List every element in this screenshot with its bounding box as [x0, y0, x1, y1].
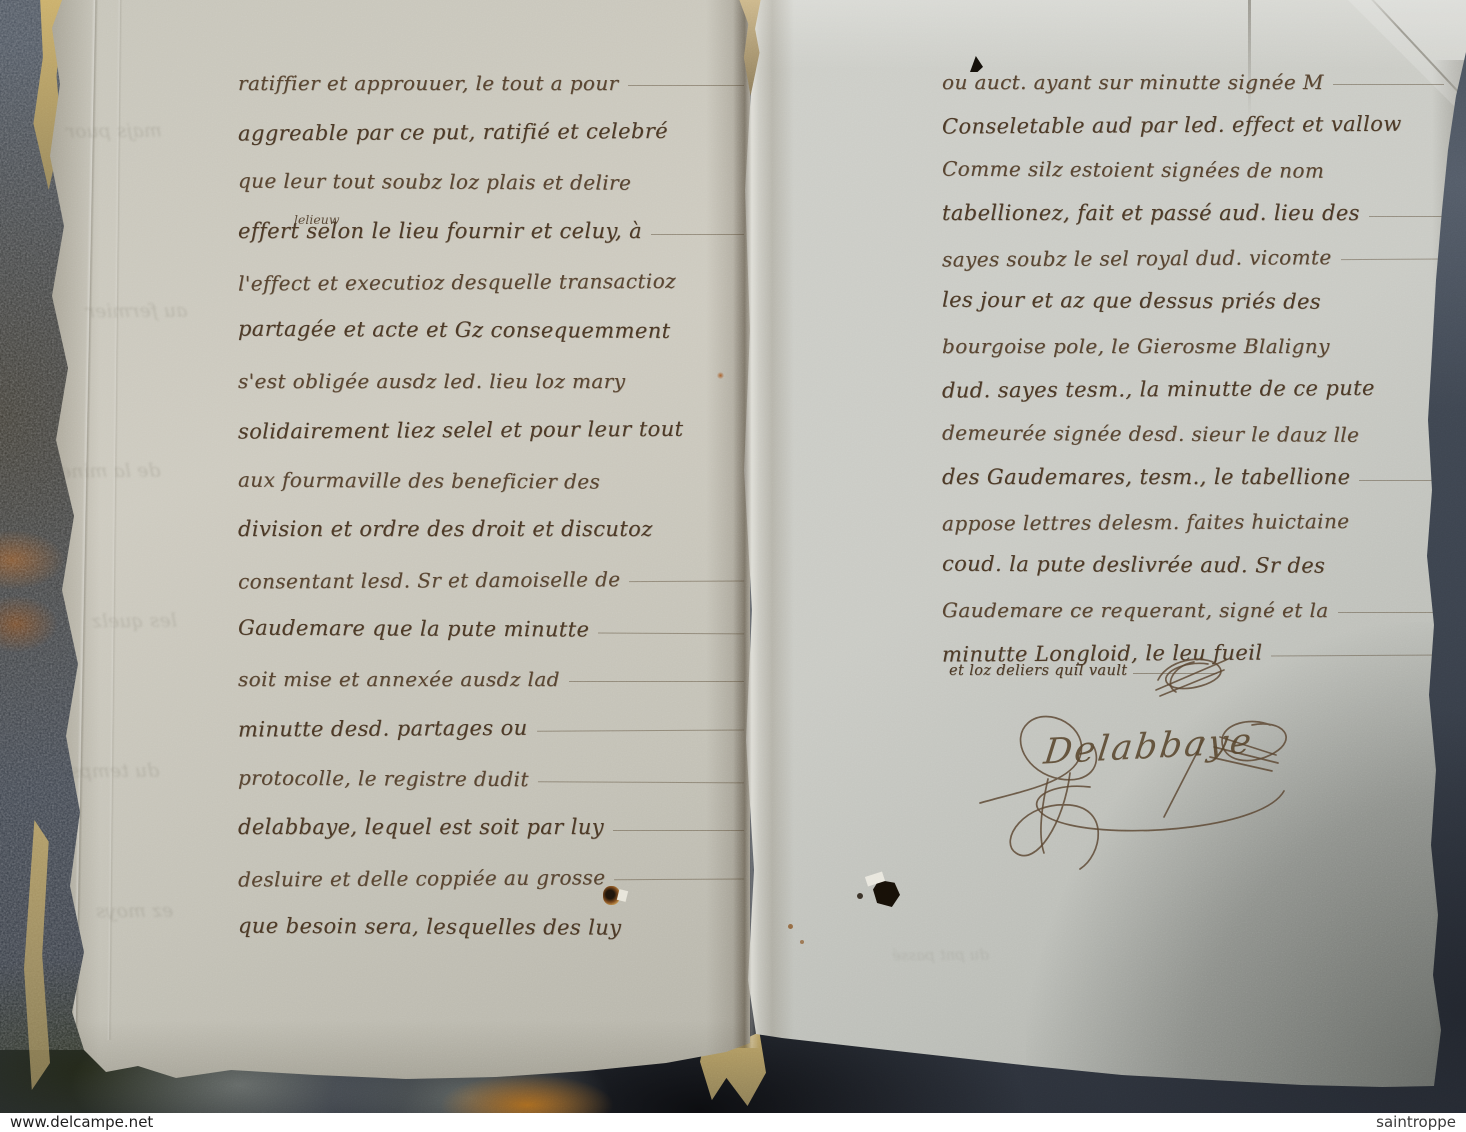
manuscript-line: Gaudemare ce requerant, signé et la [942, 588, 1448, 632]
manuscript-line-text: appose lettres delesm. faites huictaine [942, 511, 1350, 545]
manuscript-line: protocolle, le registre dudit [238, 749, 748, 801]
manuscript-line-text: dud. sayes tesm., la minutte de ce pute [942, 378, 1375, 414]
watermark-bar: www.delcampe.net saintroppe [0, 1113, 1466, 1132]
manuscript-line-text: Gaudemare ce requerant, signé et la [942, 600, 1329, 632]
manuscript-line: les jour et az que dessus priés des [942, 279, 1448, 326]
manuscript-line: bourgoise pole, le Gierosme Blaligny [942, 324, 1448, 368]
manuscript-line-text: division et ordre des droit et discutoz [238, 519, 653, 552]
manuscript-line: aux fourmaville des beneficier des [238, 451, 748, 503]
manuscript-line-text: s'est obligée ausdz led. lieu loz mary [238, 371, 625, 403]
left-page-text: ratiffier et approuuer, le tout a pour a… [238, 55, 748, 949]
manuscript-line-text: partagée et acte et Gz consequemment [238, 319, 671, 354]
manuscript-line: partagée et acte et Gz consequemment [238, 302, 748, 354]
manuscript-line-text: minutte desd. partages ou [238, 717, 528, 752]
manuscript-line-text: protocolle, le registre dudit [238, 767, 529, 801]
manuscript-line-text: bourgoise pole, le Gierosme Blaligny [942, 336, 1330, 368]
manuscript-line: demeurée signée desd. sieur le dauz lle [942, 411, 1448, 458]
manuscript-line: consentant lesd. Sr et damoiselle de [238, 550, 748, 603]
manuscript-line-text: Comme silz estoient signées de nom [942, 159, 1324, 193]
manuscript-line-text: que leur tout soubz loz plais et delire [238, 171, 631, 205]
watermark-left: www.delcampe.net [10, 1113, 153, 1132]
signature-flourish [952, 695, 1322, 885]
interline-note: lelieuw [294, 212, 340, 227]
left-page-crease [72, 0, 98, 1060]
manuscript-line: Gaudemare que la pute minutte [238, 600, 748, 652]
bleedthrough-text: de la mine [60, 459, 161, 482]
manuscript-line-text: sayes soubz le sel royal dud. vicomte [942, 247, 1332, 281]
bleedthrough-text: du pnt passé [892, 945, 989, 964]
rust-speck [788, 924, 793, 929]
manuscript-line-text: coud. la pute deslivrée aud. Sr des [942, 554, 1325, 589]
manuscript-line-text: l'effect et executioz desquelle transact… [238, 270, 676, 305]
bleedthrough-text: majs puor [66, 119, 162, 142]
manuscript-line: aggreable par ce put, ratifié et celebré [238, 103, 748, 156]
bleedthrough-text: les quelz [92, 610, 177, 633]
right-page: ou auct. ayant sur minutte signée M Cons… [742, 0, 1466, 1102]
manuscript-photo: majs puor au fermier de la mine les quel… [0, 0, 1466, 1132]
watermark-right: saintroppe [1376, 1113, 1456, 1132]
page-fold-gutter [733, 0, 759, 1048]
manuscript-line: des Gaudemares, tesm., le tabellione [942, 456, 1448, 500]
small-hole [857, 893, 863, 899]
paper-hole [873, 880, 900, 907]
manuscript-line: delabbaye, lequel est soit par luy [238, 800, 748, 850]
manuscript-line-text: consentant lesd. Sr et damoiselle de [238, 569, 621, 603]
manuscript-line-text: solidairement liez selel et pour leur to… [238, 418, 684, 454]
manuscript-line: que leur tout soubz loz plais et delire [238, 153, 748, 205]
notary-paraph [1150, 648, 1232, 702]
manuscript-line: l'effect et executioz desquelle transact… [238, 252, 748, 305]
manuscript-line: minutte desd. partages ou [238, 699, 748, 752]
manuscript-line: soit mise et annexée ausdz lad [238, 651, 748, 701]
manuscript-line-text: delabbaye, lequel est soit par luy [238, 817, 604, 850]
manuscript-line: sayes soubz le sel royal dud. vicomte [942, 234, 1448, 281]
manuscript-line: que besoin sera, lesquelles des luy [238, 898, 748, 950]
left-page-crease-2 [107, 0, 123, 1040]
left-page: majs puor au fermier de la mine les quel… [26, 0, 750, 1100]
manuscript-line: division et ordre des droit et discutoz [238, 502, 748, 552]
manuscript-line: s'est obligée ausdz led. lieu loz mary [238, 353, 748, 403]
manuscript-line: desluire et delle coppiée au grosse [238, 848, 748, 901]
manuscript-line-text: aux fourmaville des beneficier des [238, 469, 600, 503]
rust-speck [800, 940, 804, 944]
manuscript-line: Comme silz estoient signées de nom [942, 147, 1448, 194]
manuscript-line-text: ratiffier et approuuer, le tout a pour [238, 73, 619, 105]
manuscript-line-text: les jour et az que dessus priés des [942, 290, 1321, 325]
manuscript-line: dud. sayes tesm., la minutte de ce pute [942, 366, 1448, 413]
manuscript-line-text: Gaudemare que la pute minutte [238, 617, 590, 652]
manuscript-line: ratiffier et approuuer, le tout a pour [238, 55, 748, 105]
manuscript-line-text: Conseletable aud par led. effect et vall… [942, 114, 1402, 150]
manuscript-line-text: demeurée signée desd. sieur le dauz lle [942, 423, 1359, 457]
manuscript-line-text: desluire et delle coppiée au grosse [238, 867, 606, 901]
bleedthrough-text: du temps [70, 760, 159, 783]
right-page-text: ou auct. ayant sur minutte signée M Cons… [942, 60, 1448, 676]
manuscript-line-text: tabellionez, fait et passé aud. lieu des [942, 203, 1360, 236]
manuscript-line-text: soit mise et annexée ausdz lad [238, 669, 560, 701]
manuscript-line: Conseletable aud par led. effect et vall… [942, 102, 1448, 149]
signature-block: Delabbaye [952, 695, 1322, 885]
closing-clause-text: et loz deliers quil vault [949, 664, 1127, 685]
manuscript-line: ou auct. ayant sur minutte signée M [942, 60, 1448, 104]
manuscript-line-text: des Gaudemares, tesm., le tabellione [942, 467, 1350, 500]
manuscript-line-text: aggreable par ce put, ratifié et celebré [238, 120, 668, 156]
bleedthrough-text: au fermier [86, 299, 188, 322]
manuscript-line: coud. la pute deslivrée aud. Sr des [942, 543, 1448, 590]
manuscript-line: appose lettres delesm. faites huictaine [942, 498, 1448, 545]
manuscript-line-text: ou auct. ayant sur minutte signée M [942, 72, 1324, 104]
manuscript-line: tabellionez, fait et passé aud. lieu des [942, 192, 1448, 236]
ink-stain [717, 372, 724, 379]
manuscript-line-text: que besoin sera, lesquelles des luy [238, 915, 622, 950]
manuscript-line: solidairement liez selel et pour leur to… [238, 401, 748, 454]
bleedthrough-text: ez moys [96, 900, 173, 923]
